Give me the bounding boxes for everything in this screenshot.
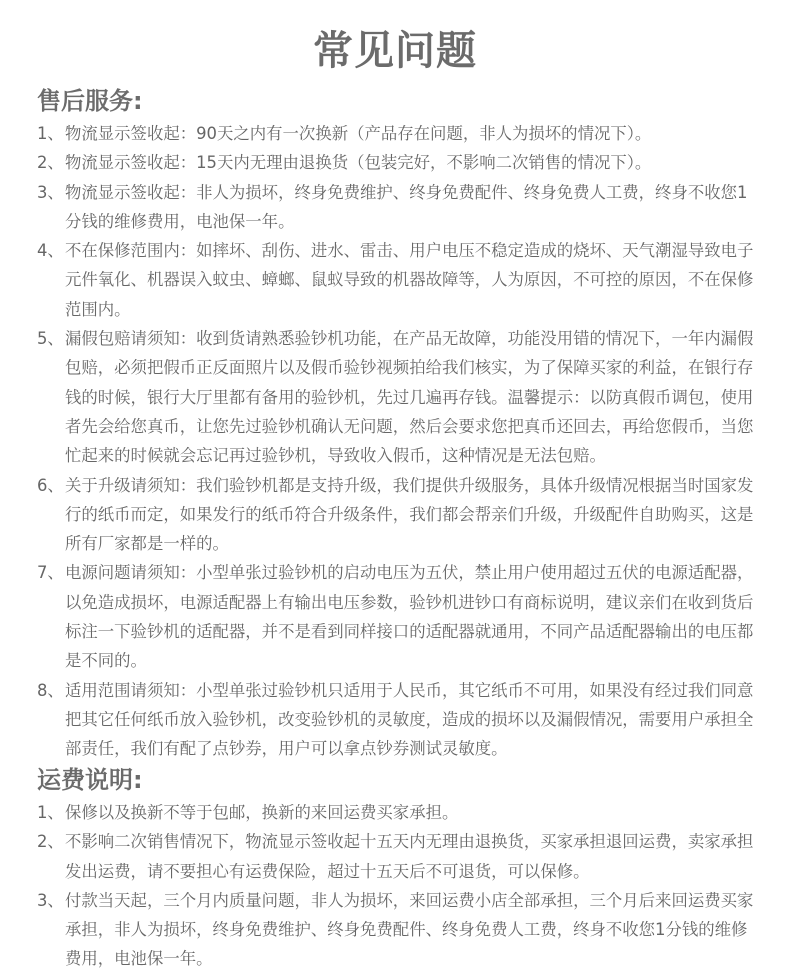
list-item: 8、适用范围请须知：小型单张过验钞机只适用于人民币，其它纸币不可用，如果没有经过…: [37, 676, 757, 764]
list-item: 3、付款当天起，三个月内质量问题，非人为损坏，来回运费小店全部承担，三个月后来回…: [37, 886, 757, 974]
item-text: 付款当天起，三个月内质量问题，非人为损坏，来回运费小店全部承担，三个月后来回运费…: [65, 891, 753, 969]
item-number: 1、: [37, 798, 65, 827]
item-number: 3、: [37, 178, 65, 207]
faq-page: 常见问题 售后服务: 1、物流显示签收起：90天之内有一次换新（产品存在问题，非…: [0, 0, 790, 974]
section-heading: 运费说明:: [37, 763, 757, 797]
list-item: 1、保修以及换新不等于包邮，换新的来回运费买家承担。: [37, 798, 757, 827]
item-text: 不影响二次销售情况下，物流显示签收起十五天内无理由退换货，买家承担退回运费，卖家…: [65, 832, 753, 880]
page-title: 常见问题: [0, 26, 790, 76]
list-item: 1、物流显示签收起：90天之内有一次换新（产品存在问题，非人为损坏的情况下）。: [37, 119, 757, 148]
list-item: 2、物流显示签收起：15天内无理由退换货（包装完好，不影响二次销售的情况下）。: [37, 148, 757, 177]
item-number: 1、: [37, 119, 65, 148]
item-number: 4、: [37, 236, 65, 265]
item-text: 关于升级请须知：我们验钞机都是支持升级，我们提供升级服务，具体升级情况根据当时国…: [65, 476, 753, 554]
item-text: 适用范围请须知：小型单张过验钞机只适用于人民币，其它纸币不可用，如果没有经过我们…: [65, 681, 753, 759]
list-item: 5、漏假包赔请须知：收到货请熟悉验钞机功能，在产品无故障，功能没用错的情况下，一…: [37, 324, 757, 470]
item-text: 物流显示签收起：15天内无理由退换货（包装完好，不影响二次销售的情况下）。: [65, 153, 651, 172]
item-number: 2、: [37, 827, 65, 856]
item-text: 物流显示签收起：90天之内有一次换新（产品存在问题，非人为损坏的情况下）。: [65, 124, 651, 143]
shipping-section: 运费说明: 1、保修以及换新不等于包邮，换新的来回运费买家承担。 2、不影响二次…: [37, 763, 757, 974]
item-number: 8、: [37, 676, 65, 705]
item-number: 7、: [37, 558, 65, 587]
item-text: 电源问题请须知：小型单张过验钞机的启动电压为五伏，禁止用户使用超过五伏的电源适配…: [65, 563, 753, 670]
item-number: 5、: [37, 324, 65, 353]
item-number: 6、: [37, 471, 65, 500]
item-text: 不在保修范围内：如摔坏、刮伤、进水、雷击、用户电压不稳定造成的烧坏、天气潮湿导致…: [65, 241, 753, 319]
list-item: 2、不影响二次销售情况下，物流显示签收起十五天内无理由退换货，买家承担退回运费，…: [37, 827, 757, 886]
list-item: 7、电源问题请须知：小型单张过验钞机的启动电压为五伏，禁止用户使用超过五伏的电源…: [37, 558, 757, 675]
item-number: 3、: [37, 886, 65, 915]
list-item: 6、关于升级请须知：我们验钞机都是支持升级，我们提供升级服务，具体升级情况根据当…: [37, 471, 757, 559]
list-item: 3、物流显示签收起：非人为损坏，终身免费维护、终身免费配件、终身免费人工费，终身…: [37, 178, 757, 237]
after-sales-section: 售后服务: 1、物流显示签收起：90天之内有一次换新（产品存在问题，非人为损坏的…: [37, 84, 757, 764]
item-text: 漏假包赔请须知：收到货请熟悉验钞机功能，在产品无故障，功能没用错的情况下，一年内…: [65, 329, 753, 465]
section-heading: 售后服务:: [37, 84, 757, 118]
item-text: 保修以及换新不等于包邮，换新的来回运费买家承担。: [65, 803, 458, 822]
item-text: 物流显示签收起：非人为损坏，终身免费维护、终身免费配件、终身免费人工费，终身不收…: [65, 183, 747, 231]
item-number: 2、: [37, 148, 65, 177]
list-item: 4、不在保修范围内：如摔坏、刮伤、进水、雷击、用户电压不稳定造成的烧坏、天气潮湿…: [37, 236, 757, 324]
